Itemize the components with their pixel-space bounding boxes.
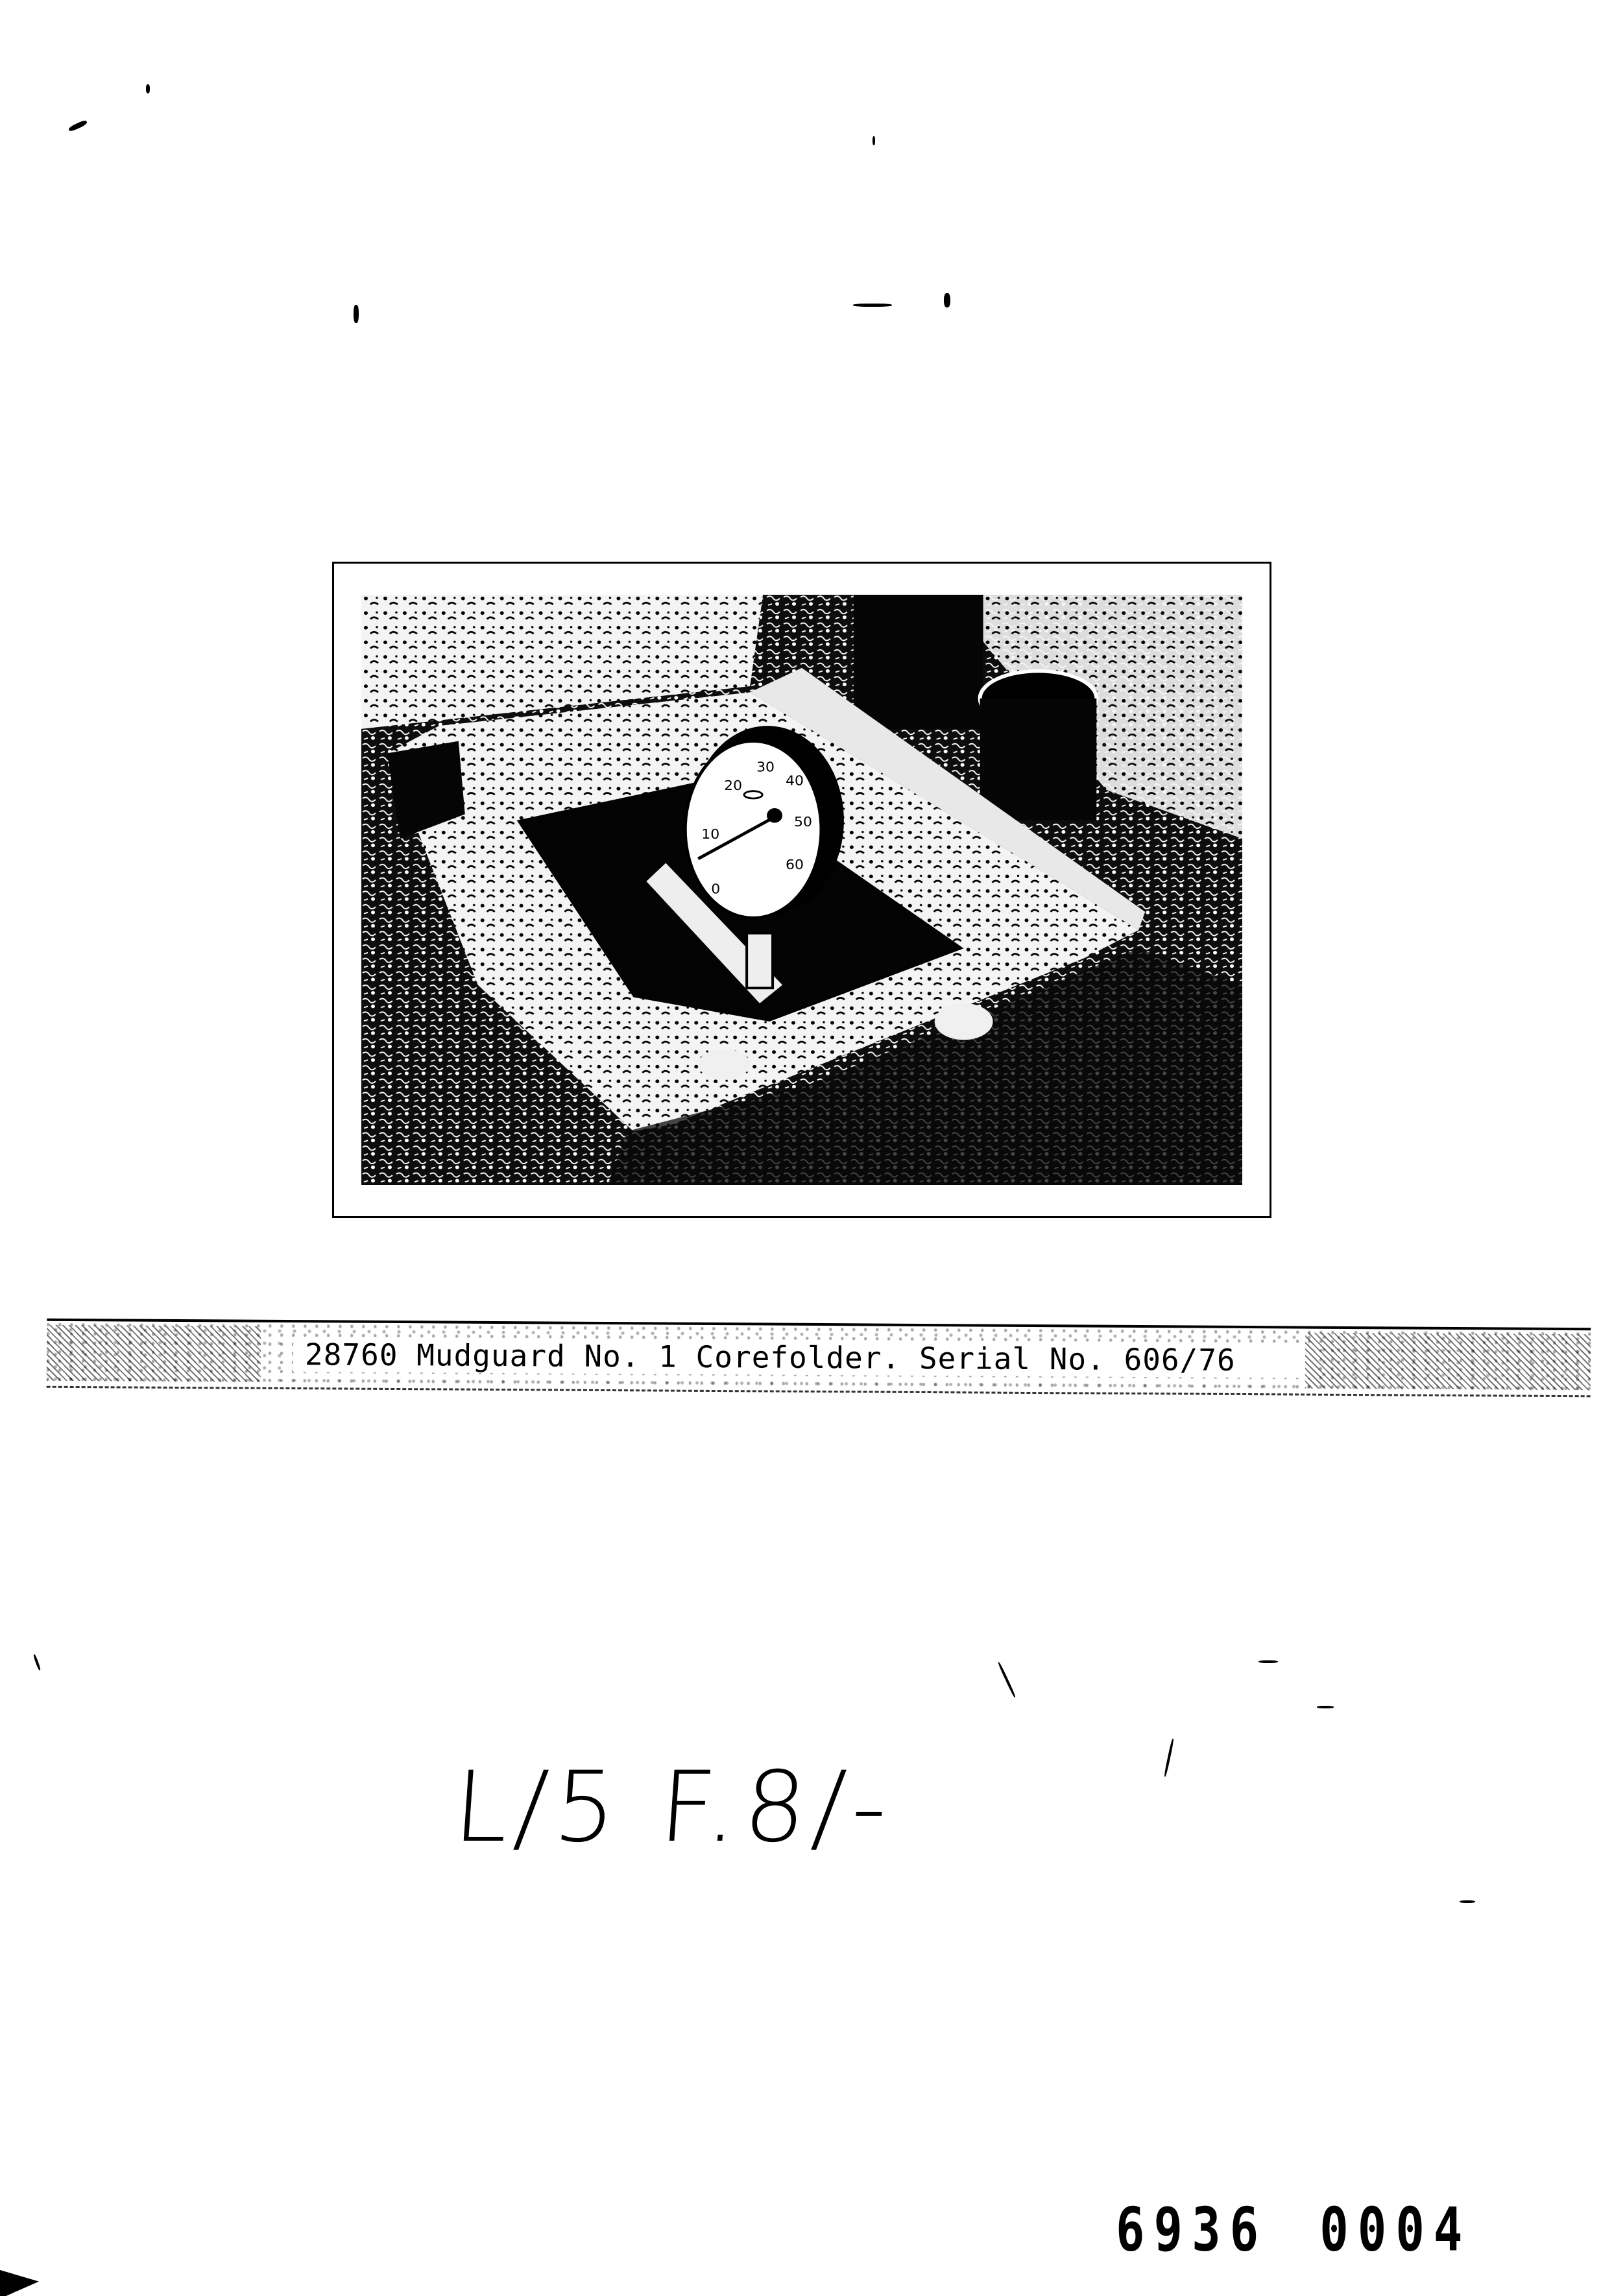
- scan-speck: [1258, 1660, 1278, 1663]
- svg-text:30: 30: [756, 759, 775, 775]
- svg-text:60: 60: [786, 857, 804, 873]
- scan-speck: [146, 84, 150, 93]
- photo-caption: 28760 Mudguard No. 1 Corefolder. Serial …: [293, 1337, 1312, 1378]
- photo-illustration: 20 30 40 50 60 10 0: [361, 595, 1242, 1185]
- scan-speck: [944, 293, 950, 307]
- scan-speck: [33, 1654, 42, 1671]
- archive-stamp-number: 69360004: [1116, 2195, 1471, 2265]
- corefolder-photograph: 20 30 40 50 60 10 0: [361, 595, 1242, 1185]
- scan-speck: [68, 119, 88, 132]
- svg-text:20: 20: [724, 778, 742, 793]
- archive-number-part2: 0004: [1319, 2195, 1471, 2265]
- scan-speck: [1164, 1738, 1174, 1777]
- svg-text:0: 0: [711, 881, 720, 897]
- scan-speck: [998, 1662, 1017, 1698]
- caption-strip-edge: [1305, 1333, 1591, 1391]
- photo-frame: 20 30 40 50 60 10 0: [332, 562, 1271, 1218]
- svg-text:50: 50: [794, 815, 812, 830]
- handwritten-file-reference: L/5 F.8/-: [450, 1751, 897, 1864]
- svg-text:40: 40: [786, 773, 804, 789]
- scan-speck: [1317, 1706, 1334, 1708]
- archive-number-part1: 6936: [1116, 2195, 1268, 2265]
- scan-speck: [873, 136, 875, 145]
- scan-speck: [354, 305, 359, 323]
- caption-strip-edge: [47, 1325, 261, 1382]
- photo-caption-strip: 28760 Mudguard No. 1 Corefolder. Serial …: [47, 1319, 1591, 1398]
- scan-speck: [1460, 1900, 1475, 1903]
- scan-speck: [853, 304, 892, 307]
- svg-text:10: 10: [701, 827, 719, 843]
- corner-scan-mark: [0, 2270, 39, 2296]
